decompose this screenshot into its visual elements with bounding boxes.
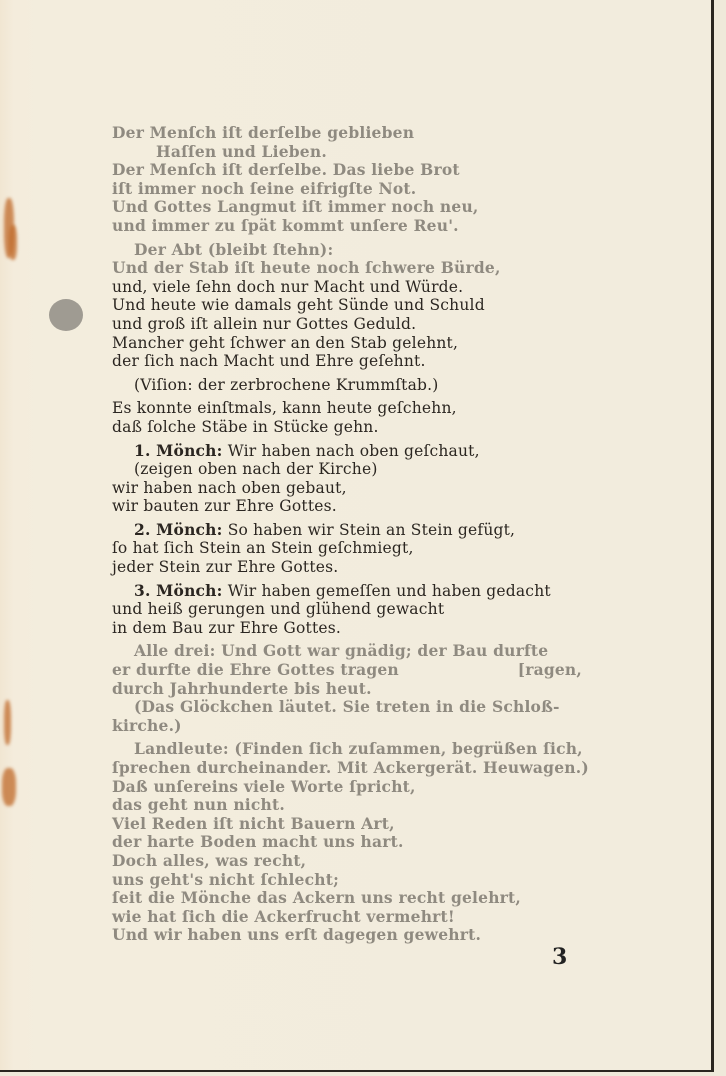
grey-ink-spot xyxy=(49,299,83,331)
text-line: in dem Bau zur Ehre Gottes. xyxy=(112,619,582,638)
text-line: das geht nun nicht. xyxy=(112,796,582,815)
text-line: Es konnte einſtmals, kann heute geſchehn… xyxy=(112,399,582,418)
text-line: (Viſion: der zerbrochene Krummſtab.) xyxy=(112,376,582,395)
speaker-name: 1. Mönch: xyxy=(134,441,223,460)
text-line: Alle drei: Und Gott war gnädig; der Bau … xyxy=(112,642,582,661)
text-line: iſt immer noch ſeine eifrigſte Not. xyxy=(112,180,582,199)
text-line: Und heute wie damals geht Sünde und Schu… xyxy=(112,296,582,315)
rust-stain xyxy=(9,225,17,260)
page-number: 3 xyxy=(552,944,567,970)
text-line: jeder Stein zur Ehre Gottes. xyxy=(112,558,582,577)
speaker-name: 3. Mönch: xyxy=(134,581,223,600)
text-line: 2. Mönch: So haben wir Stein an Stein ge… xyxy=(112,521,582,540)
line-continuation: [ragen, xyxy=(518,661,582,680)
text-line: (Das Glöckchen läutet. Sie treten in die… xyxy=(112,698,582,717)
rust-stain xyxy=(2,768,16,806)
speaker-name: Landleute: xyxy=(134,739,229,758)
text-line: der harte Boden macht uns hart. xyxy=(112,833,582,852)
text-line: er durfte die Ehre Gottes tragen[ragen, xyxy=(112,661,582,680)
text-line: und groß iſt allein nur Gottes Geduld. xyxy=(112,315,582,334)
text-line: Doch alles, was recht, xyxy=(112,852,582,871)
speaker-name: 2. Mönch: xyxy=(134,520,223,539)
text-line: und, viele ſehn doch nur Macht und Würde… xyxy=(112,278,582,297)
text-line: Landleute: (Finden ſich zuſammen, begrüß… xyxy=(112,740,582,759)
text-line: Und der Stab iſt heute noch ſchwere Bürd… xyxy=(112,259,582,278)
text-line: ſeit die Mönche das Ackern uns recht gel… xyxy=(112,889,582,908)
text-line: Haſſen und Lieben. xyxy=(112,143,582,162)
text-line: daß ſolche Stäbe in Stücke gehn. xyxy=(112,418,582,437)
text-line: 1. Mönch: Wir haben nach oben geſchaut, xyxy=(112,442,582,461)
text-line: Und wir haben uns erſt dagegen gewehrt. xyxy=(112,926,582,945)
text-line: und heiß gerungen und glühend gewacht xyxy=(112,600,582,619)
text-line: Der Menſch iſt derſelbe geblieben xyxy=(112,124,582,143)
speaker-name: Alle drei: xyxy=(134,641,216,660)
text-line: (zeigen oben nach der Kirche) xyxy=(112,460,582,479)
text-line: ſo hat ſich Stein an Stein geſchmiegt, xyxy=(112,539,582,558)
text-line: 3. Mönch: Wir haben gemeſſen und haben g… xyxy=(112,582,582,601)
text-line: durch Jahrhunderte bis heut. xyxy=(112,680,582,699)
play-text: Der Menſch iſt derſelbe gebliebenHaſſen … xyxy=(112,124,582,945)
text-line: wir bauten zur Ehre Gottes. xyxy=(112,497,582,516)
text-line: Der Abt (bleibt ſtehn): xyxy=(112,241,582,260)
text-line: wir haben nach oben gebaut, xyxy=(112,479,582,498)
text-line: Der Menſch iſt derſelbe. Das liebe Brot xyxy=(112,161,582,180)
book-page: Der Menſch iſt derſelbe gebliebenHaſſen … xyxy=(0,0,714,1072)
text-line: Daß unſereins viele Worte ſpricht, xyxy=(112,778,582,797)
text-line: uns geht's nicht ſchlecht; xyxy=(112,871,582,890)
text-line: Viel Reden iſt nicht Bauern Art, xyxy=(112,815,582,834)
rust-stain xyxy=(4,700,11,745)
text-line: Mancher geht ſchwer an den Stab gelehnt, xyxy=(112,334,582,353)
text-line: wie hat ſich die Ackerfrucht vermehrt! xyxy=(112,908,582,927)
text-line: Und Gottes Langmut iſt immer noch neu, xyxy=(112,198,582,217)
text-line: der ſich nach Macht und Ehre geſehnt. xyxy=(112,352,582,371)
text-line: und immer zu ſpät kommt unſere Reu'. xyxy=(112,217,582,236)
text-line: kirche.) xyxy=(112,717,582,736)
text-line: ſprechen durcheinander. Mit Ackergerät. … xyxy=(112,759,582,778)
